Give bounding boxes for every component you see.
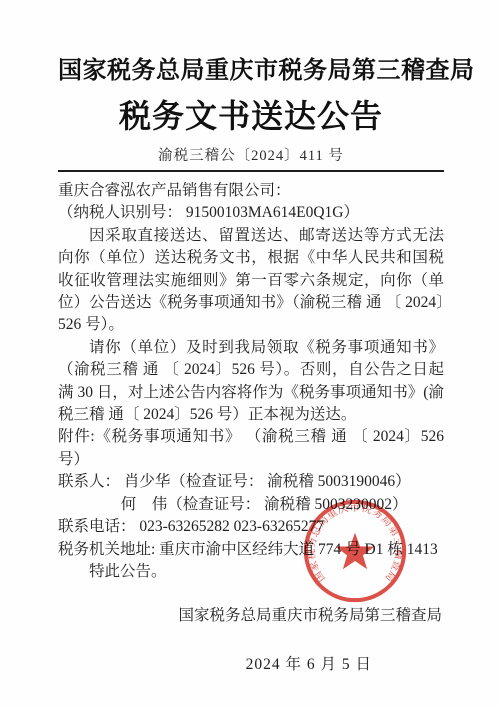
issuing-agency-title: 国家税务总局重庆市税务局第三稽查局 [58,50,444,85]
closing-statement: 特此公告。 [58,561,444,583]
document-number: 渝税三稽公〔2024〕411 号 [58,144,444,165]
document-body: 重庆合睿泓农产品销售有限公司： （纳税人识别号： 91500103MA614E0… [58,180,444,583]
taxpayer-id: （纳税人识别号： 91500103MA614E0Q1G） [58,202,444,224]
contact-person-1: 联系人： 肖少华（检查证号： 渝税稽 5003190046） [58,471,444,493]
recipient-company: 重庆合睿泓农产品销售有限公司： [58,180,444,202]
paragraph-service-methods: 因采取直接送达、留置送达、邮寄送达等方式无法向你（单位）送达税务文书，根据《中华… [58,225,444,337]
header-divider [58,170,444,172]
contact-phone: 联系电话： 023-63265282 023-63265277 [58,516,444,538]
document-content: 国家税务总局重庆市税务局第三稽查局 税务文书送达公告 渝税三稽公〔2024〕41… [58,0,444,676]
signature-agency: 国家税务总局重庆市税务局第三稽查局 [58,605,444,627]
document-title: 税务文书送达公告 [58,91,444,137]
tax-office-address: 税务机关地址: 重庆市渝中区经纬大道 774 号 D1 栋 1413 [58,539,444,561]
signature-block: 国家税务总局重庆市税务局第三稽查局 2024 年 6 月 5 日 [58,605,444,676]
attachment-line: 附件:《税务事项通知书》 （渝税三稽 通 〔 2024〕526 号） [58,426,444,471]
signature-date: 2024 年 6 月 5 日 [58,654,444,676]
paragraph-pickup-instruction: 请你（单位）及时到我局领取《税务事项通知书》（渝税三稽 通 〔 2024〕526… [58,337,444,427]
tax-notice-document: 国家税务总局重庆市税务局第三稽查局 税务文书送达公告 渝税三稽公〔2024〕41… [0,0,500,707]
contact-person-2: 何 伟（检查证号： 渝税稽 5003230002） [121,494,444,516]
